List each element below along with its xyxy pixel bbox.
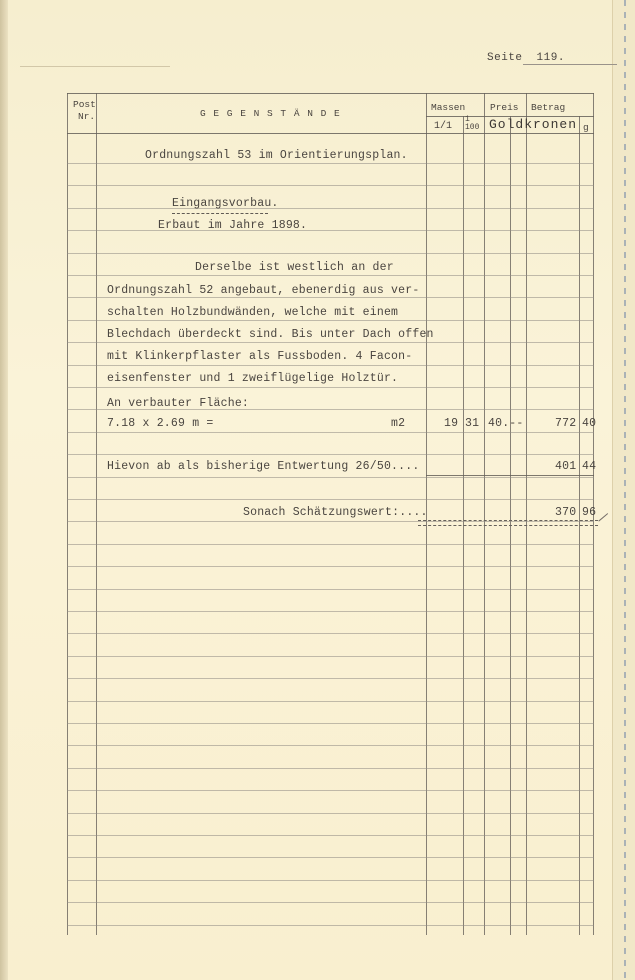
- header-gram: g: [583, 122, 589, 133]
- row-rule: [67, 902, 594, 903]
- page-edge: [0, 0, 8, 980]
- row-rule: [67, 611, 594, 612]
- row-rule: [67, 230, 594, 231]
- row-rule: [67, 365, 594, 366]
- row-rule: [67, 477, 594, 478]
- faint-rule: [20, 66, 170, 67]
- description-line: Derselbe ist westlich an der: [195, 261, 394, 274]
- header-massen-hundredth: 1100: [465, 116, 479, 132]
- row-rule: [67, 253, 594, 254]
- entry-title: Ordnungszahl 53 im Orientierungsplan.: [145, 149, 408, 162]
- page-number-value: 119.: [523, 52, 617, 65]
- row-rule: [67, 499, 594, 500]
- header-massen-whole: 1/1: [434, 121, 452, 132]
- row-rule: [67, 342, 594, 343]
- row-rule: [67, 835, 594, 836]
- row-rule: [67, 208, 594, 209]
- entry-subtitle: Eingangsvorbau.: [172, 197, 279, 210]
- column-rule: [526, 93, 527, 935]
- amount-decimal: 40: [582, 417, 596, 430]
- row-rule: [67, 93, 594, 94]
- description-line: mit Klinkerpflaster als Fussboden. 4 Fac…: [107, 350, 412, 363]
- row-rule: [67, 745, 594, 746]
- row-rule: [67, 163, 594, 164]
- row-rule: [67, 857, 594, 858]
- area-calculation: 7.18 x 2.69 m =: [107, 417, 214, 430]
- row-rule: [67, 432, 594, 433]
- area-unit: m2: [391, 417, 405, 430]
- deduction-label: Hievon ab als bisherige Entwertung 26/50…: [107, 460, 419, 473]
- area-value-whole: 19: [444, 417, 458, 430]
- binding-stitch: [624, 0, 626, 980]
- row-rule: [67, 589, 594, 590]
- page-number: Seite119.: [487, 52, 617, 65]
- row-rule: [67, 813, 594, 814]
- header-betrag: Betrag: [531, 102, 565, 113]
- description-line: schalten Holzbundwänden, welche mit eine…: [107, 306, 398, 319]
- amount-whole: 772: [555, 417, 576, 430]
- description-line: Ordnungszahl 52 angebaut, ebenerdig aus …: [107, 284, 419, 297]
- row-rule: [67, 185, 594, 186]
- row-rule: [67, 880, 594, 881]
- header-massen: Massen: [431, 102, 465, 113]
- page-label: Seite: [487, 52, 523, 64]
- currency-stamp: Goldkronen: [489, 117, 577, 132]
- ledger-page: Seite119. Post Nr. G E G E N S T Ä N D E…: [0, 0, 635, 980]
- area-value-decimal: 31: [465, 417, 479, 430]
- header-post: Post: [73, 99, 96, 110]
- row-rule: [426, 475, 594, 476]
- description-line: Blechdach überdeckt sind. Bis unter Dach…: [107, 328, 434, 341]
- row-rule: [67, 566, 594, 567]
- subtitle-underline: [172, 213, 268, 214]
- deduction-decimal: 44: [582, 460, 596, 473]
- header-nr: Nr.: [78, 111, 95, 122]
- estimate-whole: 370: [555, 506, 576, 519]
- row-rule: [67, 387, 594, 388]
- column-rule: [67, 93, 68, 935]
- description-line: eisenfenster und 1 zweiflügelige Holztür…: [107, 372, 398, 385]
- row-rule: [67, 133, 594, 134]
- deduction-whole: 401: [555, 460, 576, 473]
- row-rule: [67, 633, 594, 634]
- row-rule: [67, 701, 594, 702]
- column-rule: [96, 93, 97, 935]
- row-rule: [67, 678, 594, 679]
- total-double-underline: [418, 520, 598, 526]
- area-label: An verbauter Fläche:: [107, 397, 249, 410]
- row-rule: [67, 768, 594, 769]
- row-rule: [67, 320, 594, 321]
- row-rule: [67, 297, 594, 298]
- column-rule: [484, 93, 485, 935]
- header-gegenstaende: G E G E N S T Ä N D E: [200, 108, 341, 119]
- row-rule: [67, 656, 594, 657]
- estimate-label: Sonach Schätzungswert:....: [243, 506, 428, 519]
- entry-built: Erbaut im Jahre 1898.: [158, 219, 307, 232]
- row-rule: [67, 790, 594, 791]
- unit-price: 40.--: [488, 417, 524, 430]
- header-preis: Preis: [490, 102, 519, 113]
- row-rule: [67, 454, 594, 455]
- row-rule: [67, 544, 594, 545]
- row-rule: [67, 275, 594, 276]
- row-rule: [67, 925, 594, 926]
- row-rule: [67, 723, 594, 724]
